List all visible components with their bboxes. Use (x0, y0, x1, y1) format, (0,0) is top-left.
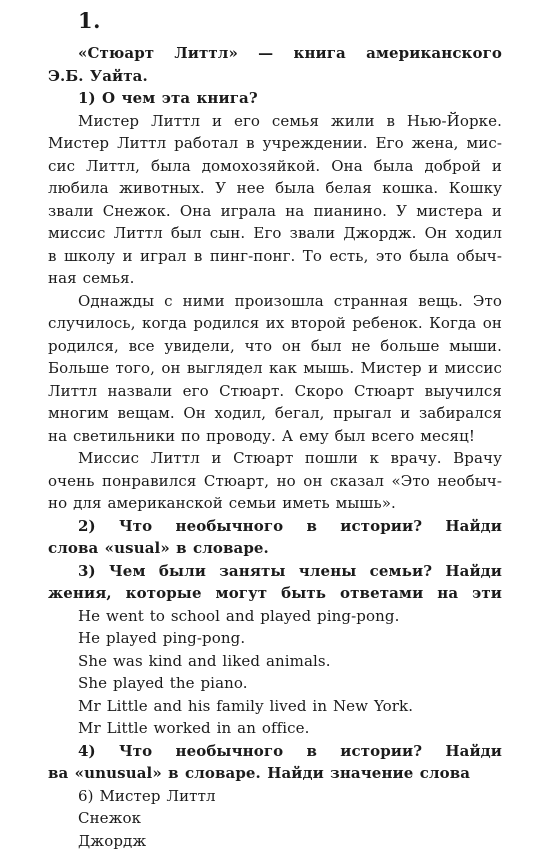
story-paragraph-2: Однажды с ними произошла странная вещь. … (48, 290, 502, 448)
text-line: He played ping-pong. (48, 627, 502, 650)
text-line: 1) О чем эта книга? (48, 87, 502, 110)
text-line: He went to school and played ping-pong. (48, 605, 502, 628)
question-2: 2) Что необычного в истории? Найди значе… (48, 515, 502, 560)
text-line: Литтл назвали его Стюарт. Скоро Стюарт в… (48, 380, 502, 403)
question-6: 6) Мистер ЛиттлСнежокДжордж (48, 785, 502, 853)
text-line: 6) Мистер Литтл (48, 785, 502, 808)
text-line: миссис Литтл был сын. Его звали Джордж. … (48, 222, 502, 245)
text-line: многим вещам. Он ходил, бегал, прыгал и … (48, 402, 502, 425)
book-page: 1. «Стюарт Литтл» — книга американского … (0, 0, 550, 866)
text-line: случилось, когда родился их второй ребен… (48, 312, 502, 335)
text-line: жения, которые могут быть ответами на эт… (48, 582, 502, 605)
text-line: «Стюарт Литтл» — книга американского пис… (48, 42, 502, 65)
text-line: Снежок (48, 807, 502, 830)
answer-sentences: He went to school and played ping-pong.H… (48, 605, 502, 740)
question-3: 3) Чем были заняты члены семьи? Найди пр… (48, 560, 502, 605)
text-line: но для американской семьи иметь мышь». (48, 492, 502, 515)
text-line: слова «usual» в словаре. (48, 537, 502, 560)
text-line: сис Литтл, была домохозяйкой. Она была д… (48, 155, 502, 178)
text-line: 3) Чем были заняты члены семьи? Найди пр… (48, 560, 502, 583)
text-line: Больше того, он выглядел как мышь. Мисте… (48, 357, 502, 380)
text-line: Э.Б. Уайта. (48, 65, 502, 88)
story-paragraph-3: Миссис Литтл и Стюарт пошли к врачу. Вра… (48, 447, 502, 515)
text-line: She played the piano. (48, 672, 502, 695)
text-line: Мистер Литтл работал в учреждении. Его ж… (48, 132, 502, 155)
text-line: звали Снежок. Она играла на пианино. У м… (48, 200, 502, 223)
text-line: в школу и играл в пинг-понг. То есть, эт… (48, 245, 502, 268)
text-line: Mr Little worked in an office. (48, 717, 502, 740)
text-line: очень понравился Стюарт, но он сказал «Э… (48, 470, 502, 493)
text-line: Миссис Литтл и Стюарт пошли к врачу. Вра… (48, 447, 502, 470)
question-1: 1) О чем эта книга? (48, 87, 502, 110)
text-line: Мистер Литтл и его семья жили в Нью-Йорк… (48, 110, 502, 133)
text-line: родился, все увидели, что он был не боль… (48, 335, 502, 358)
text-line: Джордж (48, 830, 502, 853)
intro-paragraph: «Стюарт Литтл» — книга американского пис… (48, 42, 502, 87)
text-line: Mr Little and his family lived in New Yo… (48, 695, 502, 718)
question-4: 4) Что необычного в истории? Найди значе… (48, 740, 502, 785)
text-line: любила животных. У нее была белая кошка.… (48, 177, 502, 200)
text-line: ва «unusual» в словаре. Найди значение с… (48, 762, 502, 785)
text-line: на светильники по проводу. А ему был все… (48, 425, 502, 448)
text-line: 4) Что необычного в истории? Найди значе… (48, 740, 502, 763)
text-line: She was kind and liked animals. (48, 650, 502, 673)
text-line: Однажды с ними произошла странная вещь. … (48, 290, 502, 313)
text-line: 2) Что необычного в истории? Найди значе… (48, 515, 502, 538)
exercise-number: 1. (78, 8, 502, 34)
exercise-content: «Стюарт Литтл» — книга американского пис… (48, 42, 502, 852)
story-paragraph-1: Мистер Литтл и его семья жили в Нью-Йорк… (48, 110, 502, 290)
text-line: ная семья. (48, 267, 502, 290)
